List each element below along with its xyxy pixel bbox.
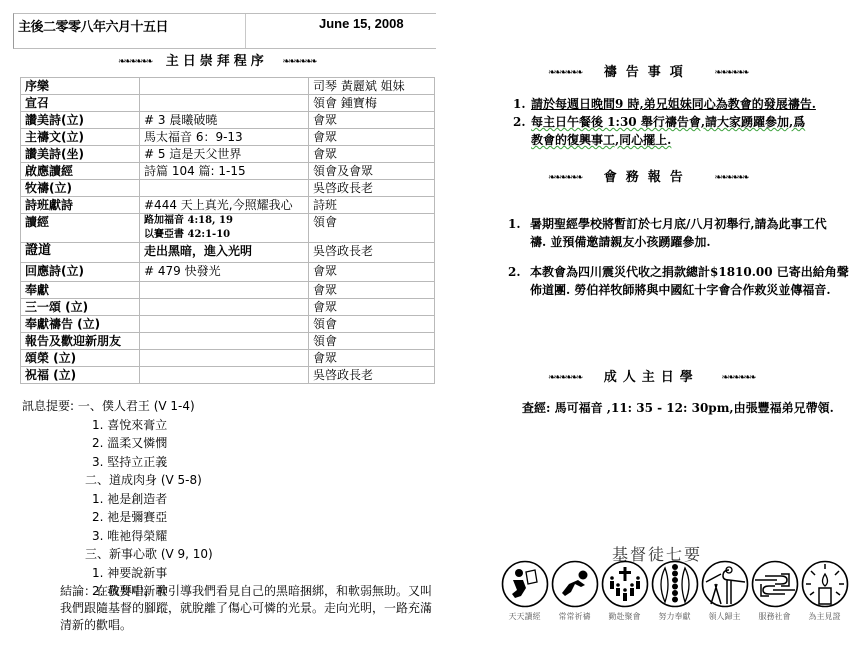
evangelism-icon [701,560,749,608]
ornament-right: ❧❧❧❧❧❧ [282,57,315,67]
essential-item: 服務社會 [750,560,799,622]
item-number: 1. [513,95,531,113]
essential-item: 勤赴聚會 [600,560,649,622]
ornament-right: ❧❧❧❧❧❧ [721,373,754,383]
ornament-left: ❧❧❧❧❧❧ [118,57,151,67]
item-text-cont: 佈道團. 勞伯祥牧師將與中國紅十字會合作救災並傳福音. [530,283,831,297]
outline-point: 二、道成肉身 (V 5-8) [22,471,213,490]
table-row: 讀經 路加福音 4:18, 19 以賽亞書 42:1-10 領會 [21,214,435,243]
table-row: 奉獻會眾 [21,282,435,299]
table-row: 讚美詩(坐)# 5 這是天父世界會眾 [21,146,435,163]
chinese-date: 主後二零零八年六月十五日 [18,16,168,35]
program-leader: 領會及會眾 [309,163,435,180]
program-item: 讚美詩(立) [21,112,140,129]
essential-label: 勤赴聚會 [609,611,641,622]
program-item: 三一頌 (立) [21,299,140,316]
witness-candle-icon [801,560,849,608]
outline-subpoint: 1. 祂是創造者 [22,490,213,509]
program-item: 讀經 [21,214,140,243]
program-detail: #444 天上真光,今照耀我心 [140,197,309,214]
report-item-1: 1.暑期聖經學校將暫訂於七月底/八月初舉行,請為此事工代 禱. 並預備邀請親友小… [508,215,827,251]
sunday-school-title: 成人主日學 [604,370,699,385]
item-number: 2. [513,113,531,131]
ornament-left: ❧❧❧❧❧❧ [548,173,581,183]
program-leader: 吳啓政長老 [309,180,435,197]
essential-label: 領人歸主 [709,611,741,622]
outline-point: 一、僕人君王 (V 1-4) [78,399,195,413]
program-item: 詩班獻詩 [21,197,140,214]
essential-label: 天天讀經 [509,611,541,622]
program-item: 奉獻禱告 (立) [21,316,140,333]
program-item: 奉獻 [21,282,140,299]
program-leader: 吳啓政長老 [309,243,435,263]
program-leader: 會眾 [309,282,435,299]
program-leader: 會眾 [309,129,435,146]
table-row: 證道走出黑暗，進入光明吳啓政長老 [21,243,435,263]
program-item: 宣召 [21,95,140,112]
gathering-icon [601,560,649,608]
scripture-reading-2: 以賽亞書 42:1-10 [144,228,304,242]
table-row: 宣召領會 鍾寶梅 [21,95,435,112]
outline-label: 訊息提要: [22,399,74,413]
prayer-title: 禱告事項 [604,65,692,80]
item-number: 1. [508,215,530,233]
program-leader: 會眾 [309,112,435,129]
outline-subpoint: 1. 喜悅來膏立 [22,416,213,435]
program-leader: 會眾 [309,263,435,282]
item-text-cont: 禱. 並預備邀請親友小孩踴躍參加. [530,235,711,249]
outline-subpoint: 2. 溫柔又憐憫 [22,434,213,453]
ornament-left: ❧❧❧❧❧❧ [548,68,581,78]
program-item: 回應詩(立) [21,263,140,282]
table-row: 牧禱(立)吳啓政長老 [21,180,435,197]
english-date: June 15, 2008 [319,16,404,31]
item-text: 本教會為四川震災代收之捐款總計$1810.00 已寄出給角聲 [530,265,849,279]
program-detail: # 5 這是天父世界 [140,146,309,163]
table-row: 奉獻禱告 (立)領會 [21,316,435,333]
ornament-right: ❧❧❧❧❧❧ [714,173,747,183]
praying-icon [551,560,599,608]
sermon-title: 走出黑暗，進入光明 [140,243,309,263]
program-leader: 會眾 [309,146,435,163]
program-item: 證道 [21,243,140,263]
ornament-right: ❧❧❧❧❧❧ [714,68,747,78]
essential-label: 服務社會 [759,611,791,622]
sunday-school-text: 查經: 馬可福音 ,11: 35 - 12: 30pm,由張豐福弟兄帶領. [522,399,834,417]
sermon-conclusion: 結論：在敬拜中，神引導我們看見自己的黑暗捆綁，和軟弱無助。又叫我們跟隨基督的腳蹤… [60,583,440,634]
program-detail [140,316,309,333]
program-item: 頌榮 (立) [21,350,140,367]
program-detail: 詩篇 104 篇: 1-15 [140,163,309,180]
prayer-item-2: 2.每主日午餐後 1:30 舉行禱告會,請大家踴躍參加,爲 教會的復興事工,同心… [513,113,805,149]
worship-program-table: 序樂司琴 黃麗斌 姐妹 宣召領會 鍾寶梅 讚美詩(立)# 3 晨曦破曉會眾 主禱… [20,77,435,384]
item-text: 暑期聖經學校將暫訂於七月底/八月初舉行,請為此事工代 [530,217,827,231]
essential-item: 為主見證 [800,560,849,622]
essential-label: 為主見證 [809,611,841,622]
program-leader: 詩班 [309,197,435,214]
program-item: 讚美詩(坐) [21,146,140,163]
offering-icon [651,560,699,608]
program-leader: 吳啓政長老 [309,367,435,384]
prayer-section-title: ❧❧❧❧❧❧ 禱告事項 ❧❧❧❧❧❧ [548,61,748,80]
sunday-school-section-title: ❧❧❧❧❧❧ 成人主日學 ❧❧❧❧❧❧ [548,366,755,385]
program-leader: 領會 鍾寶梅 [309,95,435,112]
table-row: 回應詩(立)# 479 快發光會眾 [21,263,435,282]
serving-icon [751,560,799,608]
table-row: 報告及歡迎新朋友領會 [21,333,435,350]
program-detail [140,350,309,367]
sermon-outline: 訊息提要: 一、僕人君王 (V 1-4) 1. 喜悅來膏立 2. 溫柔又憐憫 3… [22,397,213,601]
report-section-title: ❧❧❧❧❧❧ 會務報告 ❧❧❧❧❧❧ [548,166,748,185]
program-detail [140,78,309,95]
program-item: 牧禱(立) [21,180,140,197]
essential-item: 天天讀經 [500,560,549,622]
seven-essentials-icons: 天天讀經 常常祈禱 勤赴聚會 努力奉獻 領人歸主 服務社會 為主見證 [500,560,849,622]
program-item: 啟應讀經 [21,163,140,180]
header-divider [245,14,246,48]
program-leader: 領會 [309,316,435,333]
program-detail [140,95,309,112]
program-leader: 會眾 [309,350,435,367]
table-row: 三一頌 (立)會眾 [21,299,435,316]
essential-label: 努力奉獻 [659,611,691,622]
bulletin-header: 主後二零零八年六月十五日 June 15, 2008 [13,13,436,49]
item-number: 2. [508,263,530,281]
worship-section-title: ❧❧❧❧❧❧ 主日崇拜程序 ❧❧❧❧❧❧ [118,50,316,69]
program-detail [140,333,309,350]
reading-bible-icon [501,560,549,608]
essential-item: 努力奉獻 [650,560,699,622]
outline-subpoint: 3. 唯祂得榮耀 [22,527,213,546]
program-detail [140,367,309,384]
table-row: 頌榮 (立)會眾 [21,350,435,367]
outline-subpoint: 3. 堅持立正義 [22,453,213,472]
outline-subpoint: 1. 神要說新事 [22,564,213,583]
table-row: 詩班獻詩#444 天上真光,今照耀我心詩班 [21,197,435,214]
report-item-2: 2.本教會為四川震災代收之捐款總計$1810.00 已寄出給角聲 佈道團. 勞伯… [508,263,849,299]
prayer-item-1: 1.請於每週日晚間9 時,弟兄姐妹同心為教會的發展禱告. [513,95,816,113]
program-detail [140,180,309,197]
program-item: 報告及歡迎新朋友 [21,333,140,350]
outline-point: 三、新事心歌 (V 9, 10) [22,545,213,564]
program-detail: 路加福音 4:18, 19 以賽亞書 42:1-10 [140,214,309,243]
program-leader: 會眾 [309,299,435,316]
program-detail: # 479 快發光 [140,263,309,282]
item-text: 每主日午餐後 1:30 舉行禱告會,請大家踴躍參加,爲 [531,115,805,129]
program-detail [140,299,309,316]
item-text: 請於每週日晚間9 時,弟兄姐妹同心為教會的發展禱告. [531,97,816,111]
ornament-left: ❧❧❧❧❧❧ [548,373,581,383]
program-leader: 司琴 黃麗斌 姐妹 [309,78,435,95]
program-item: 主禱文(立) [21,129,140,146]
program-detail: # 3 晨曦破曉 [140,112,309,129]
item-text-cont: 教會的復興事工,同心擺上. [531,133,671,147]
program-detail [140,282,309,299]
table-row: 讚美詩(立)# 3 晨曦破曉會眾 [21,112,435,129]
program-detail: 馬太福音 6：9-13 [140,129,309,146]
program-item: 祝福 (立) [21,367,140,384]
table-row: 主禱文(立)馬太福音 6：9-13會眾 [21,129,435,146]
table-row: 啟應讀經詩篇 104 篇: 1-15領會及會眾 [21,163,435,180]
essential-item: 常常祈禱 [550,560,599,622]
worship-title: 主日崇拜程序 [166,54,268,69]
essential-label: 常常祈禱 [559,611,591,622]
report-title: 會務報告 [604,170,692,185]
table-row: 祝福 (立)吳啓政長老 [21,367,435,384]
outline-subpoint: 2. 祂是彌賽亞 [22,508,213,527]
program-item: 序樂 [21,78,140,95]
essential-item: 領人歸主 [700,560,749,622]
program-leader: 領會 [309,214,435,243]
scripture-reading-1: 路加福音 4:18, 19 [144,214,304,228]
table-row: 序樂司琴 黃麗斌 姐妹 [21,78,435,95]
program-leader: 領會 [309,333,435,350]
